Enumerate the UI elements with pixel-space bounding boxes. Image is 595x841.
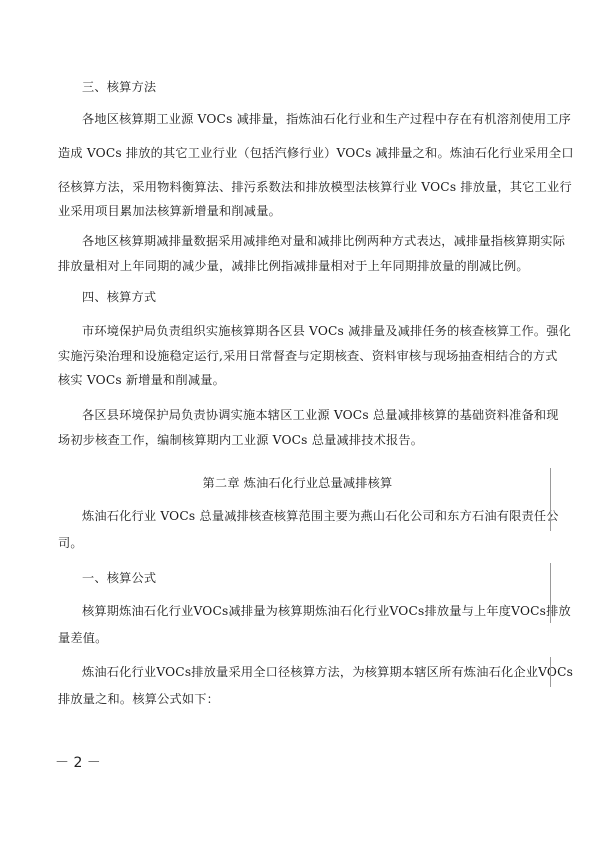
change-bar [550,657,551,687]
text-line: 司。 [58,535,548,551]
change-bar [550,563,551,623]
text-line: 场初步核查工作，编制核算期内工业源 VOCs 总量减排技术报告。 [58,432,548,448]
chapter-2-title: 第二章 炼油石化行业总量减排核算 [0,475,595,491]
text-line: 各地区核算期工业源 VOCs 减排量，指炼油石化行业和生产过程中存在有机溶剂使用… [82,111,572,127]
text-line: 量差值。 [58,630,548,646]
text-line: 各区县环境保护局负责协调实施本辖区工业源 VOCs 总量减排核算的基础资料准备和… [82,407,572,423]
text-line: 炼油石化行业 VOCs 总量减排核查核算范围主要为燕山石化公司和东方石油有限责任… [82,508,572,524]
text-line: 排放量相对上年同期的减少量，减排比例指减排量相对于上年同期排放量的削减比例。 [58,258,548,274]
text-line: 炼油石化行业VOCs排放量采用全口径核算方法，为核算期本辖区所有炼油石化企业VO… [82,664,572,680]
text-line: 径核算方法，采用物料衡算法、排污系数法和排放模型法核算行业 VOCs 排放量，其… [58,179,548,195]
text-line: 排放量之和。核算公式如下： [58,691,548,707]
text-line: 核算期炼油石化行业VOCs减排量为核算期炼油石化行业VOCs排放量与上年度VOC… [82,603,572,619]
change-bar [550,468,551,531]
text-line: 各地区核算期减排量数据采用减排绝对量和减排比例两种方式表达，减排量指核算期实际 [82,233,572,249]
page-number: － 2 － [55,752,101,772]
subsection-1-heading: 一、核算公式 [82,570,572,586]
text-line: 市环境保护局负责组织实施核算期各区县 VOCs 减排量及减排任务的核查核算工作。… [82,323,572,339]
text-line: 业采用项目累加法核算新增量和削减量。 [58,203,548,219]
section-4-heading: 四、核算方式 [82,289,572,305]
text-line: 实施污染治理和设施稳定运行,采用日常督查与定期核查、资料审核与现场抽查相结合的方… [58,348,548,364]
section-3-heading: 三、核算方法 [82,79,572,95]
text-line: 核实 VOCs 新增量和削减量。 [58,372,548,388]
text-line: 造成 VOCs 排放的其它工业行业（包括汽修行业）VOCs 减排量之和。炼油石化… [58,145,548,161]
